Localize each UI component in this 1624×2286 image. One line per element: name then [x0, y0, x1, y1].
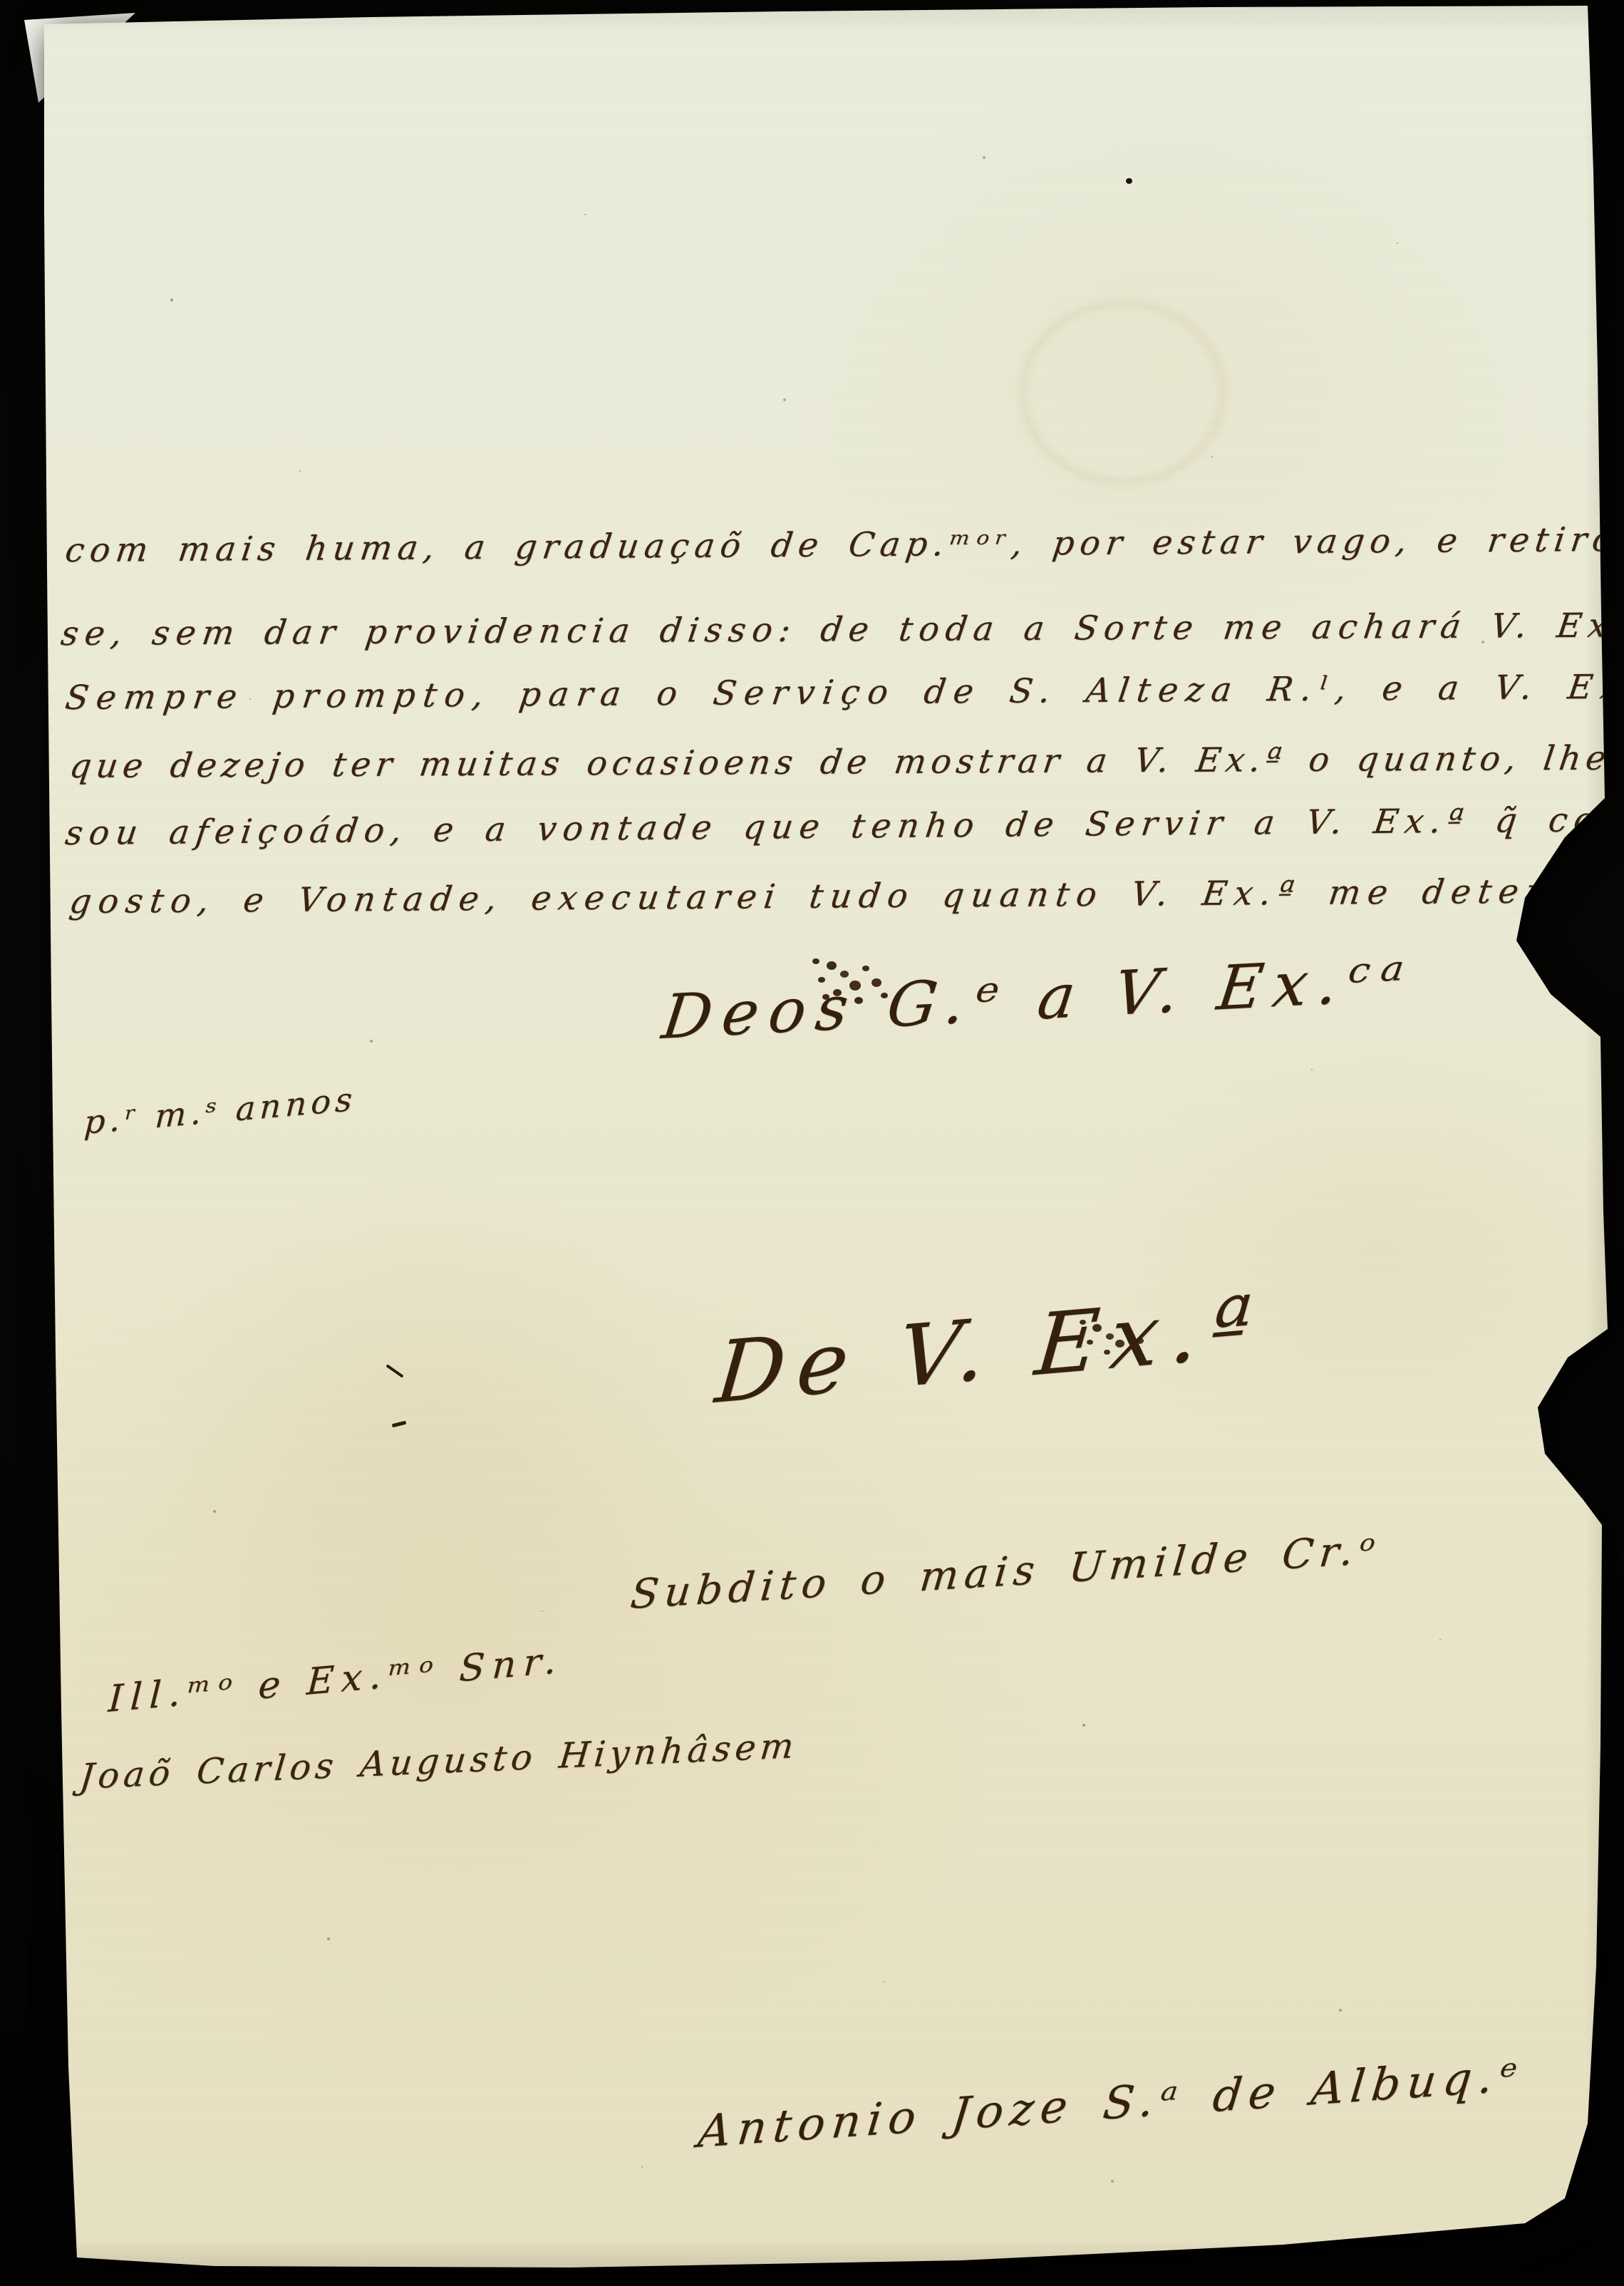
margin-note: p.ʳ m.ˢ annos — [83, 1080, 358, 1142]
courtesy-formula: De V. Ex.ª — [712, 1277, 1267, 1423]
ink-blot — [812, 958, 819, 964]
manuscript-line-6: gosto, e Vontade, executarei tudo quanto… — [67, 871, 1624, 921]
addressee-name: Joaõ Carlos Augusto Hiynhâsem — [78, 1725, 800, 1797]
closing-formula: Subdito o mais Umilde Cr.ᵒ — [629, 1526, 1382, 1618]
manuscript-line-2: se, sem dar providencia disso: de toda a… — [58, 606, 1624, 653]
manuscript-line-4: que dezejo ter muitas ocasioens de mostr… — [67, 739, 1613, 786]
document-scan: com mais huma, a graduaçaõ de Cap.ᵐᵒʳ, p… — [0, 0, 1624, 2286]
signature-text: Antonio Joze S.ᵃ de Albuq.ᵉ — [695, 2049, 1526, 2158]
ring-stain — [1019, 299, 1227, 486]
paper-fibers — [0, 0, 1, 1]
valediction-text: Deos G.ᵉ a V. Ex.ᶜᵃ — [658, 943, 1417, 1053]
ink-speck — [1126, 178, 1132, 184]
paper-sheet: com mais huma, a graduaçaõ de Cap.ᵐᵒʳ, p… — [0, 0, 1624, 2286]
manuscript-line-5: sou afeiçoádo, e a vontade que tenho de … — [63, 800, 1624, 853]
aging-stain — [135, 1176, 720, 1717]
edge-shading — [0, 0, 1624, 2286]
manuscript-line-3: Sempre prompto, para o Serviço de S. Alt… — [63, 667, 1624, 718]
manuscript-line-1: com mais huma, a graduaçaõ de Cap.ᵐᵒʳ, p… — [63, 519, 1624, 570]
